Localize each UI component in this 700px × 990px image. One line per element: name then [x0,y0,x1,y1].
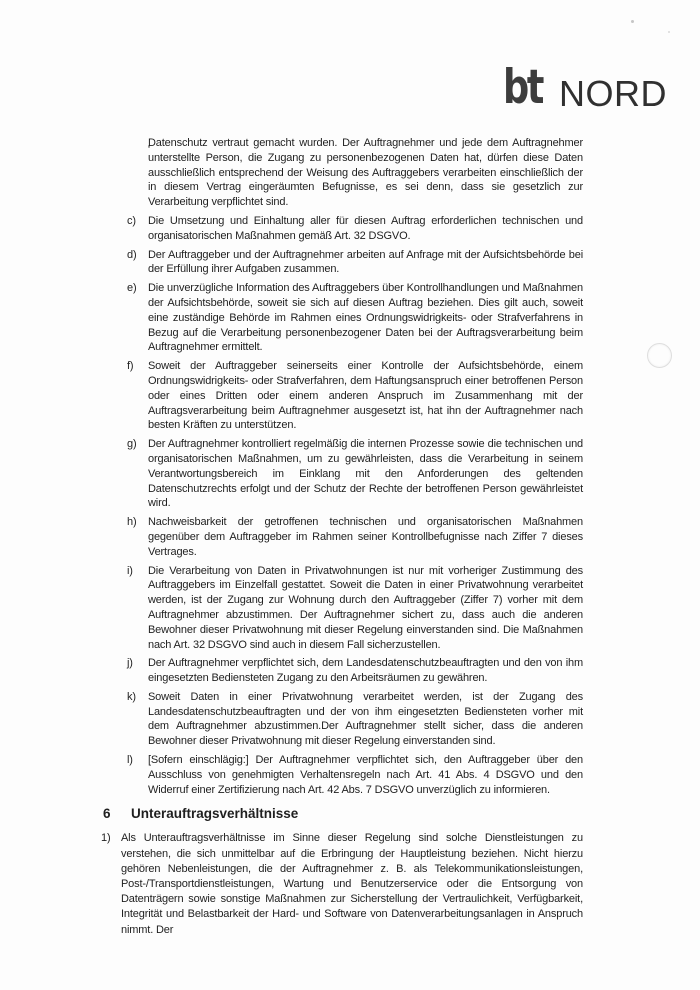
logo-wordmark-nord: NORD [559,76,667,112]
clause-item-label: c) [127,214,148,244]
clause-item-text: Soweit Daten in einer Privatwohnung vera… [148,690,583,749]
section-title: Unterauftragsverhältnisse [131,805,298,823]
scan-speck [631,20,634,23]
clause-item-label: f) [127,359,148,433]
clause-item-text: Nachweisbarkeit der getroffenen technisc… [148,515,583,559]
clause-item: i)Die Verarbeitung von Daten in Privatwo… [127,564,583,653]
clause-item-text: Der Auftragnehmer kontrolliert regelmäßi… [148,437,583,511]
clause-item: f)Soweit der Auftraggeber seinerseits ei… [127,359,583,433]
clause-item-text: Die Umsetzung und Einhaltung aller für d… [148,214,583,244]
scanned-contract-page: bt NORD Datenschutz vertraut gemacht wur… [0,0,700,990]
clause-item-text: [Sofern einschlägig:] Der Auftragnehmer … [148,753,583,797]
section-number: 6 [103,805,131,823]
clause-item: c)Die Umsetzung und Einhaltung aller für… [127,214,583,244]
continuation-paragraph: Datenschutz vertraut gemacht wurden. Der… [148,136,583,210]
numbered-item-list: 1)Als Unterauftragsverhältnisse im Sinne… [101,831,583,937]
clause-item: l)[Sofern einschlägig:] Der Auftragnehme… [127,753,583,797]
scan-speck [668,31,670,33]
clause-item: k)Soweit Daten in einer Privatwohnung ve… [127,690,583,749]
clause-item-label: g) [127,437,148,511]
clause-item-text: Soweit der Auftraggeber seinerseits eine… [148,359,583,433]
logo: bt NORD [503,66,663,118]
clause-item: d)Der Auftraggeber und der Auftragnehmer… [127,248,583,278]
clause-item-text: Die unverzügliche Information des Auftra… [148,281,583,355]
clause-item: e)Die unverzügliche Information des Auft… [127,281,583,355]
clause-item-label: h) [127,515,148,559]
clause-item-label: d) [127,248,148,278]
punch-hole-scan-artifact [647,343,672,368]
clause-item: j)Der Auftragnehmer verpflichtet sich, d… [127,656,583,686]
clause-item-text: Der Auftraggeber und der Auftragnehmer a… [148,248,583,278]
clause-item: h)Nachweisbarkeit der getroffenen techni… [127,515,583,559]
clause-item-text: Der Auftragnehmer verpflichtet sich, dem… [148,656,583,686]
clause-item-label: e) [127,281,148,355]
numbered-item-label: 1) [101,831,121,937]
contract-body: Datenschutz vertraut gemacht wurden. Der… [101,136,583,942]
section-heading: 6 Unterauftragsverhältnisse [103,805,583,823]
clause-item-label: k) [127,690,148,749]
clause-item-label: j) [127,656,148,686]
clause-item: g)Der Auftragnehmer kontrolliert regelmä… [127,437,583,511]
numbered-item-text: Als Unterauftragsverhältnisse im Sinne d… [121,831,583,937]
clause-item-label: i) [127,564,148,653]
lettered-clause-list: c)Die Umsetzung und Einhaltung aller für… [101,214,583,797]
numbered-item: 1)Als Unterauftragsverhältnisse im Sinne… [101,831,583,937]
clause-item-label: l) [127,753,148,797]
bt-logo-mark: bt [503,64,542,111]
clause-item-text: Die Verarbeitung von Daten in Privatwohn… [148,564,583,653]
